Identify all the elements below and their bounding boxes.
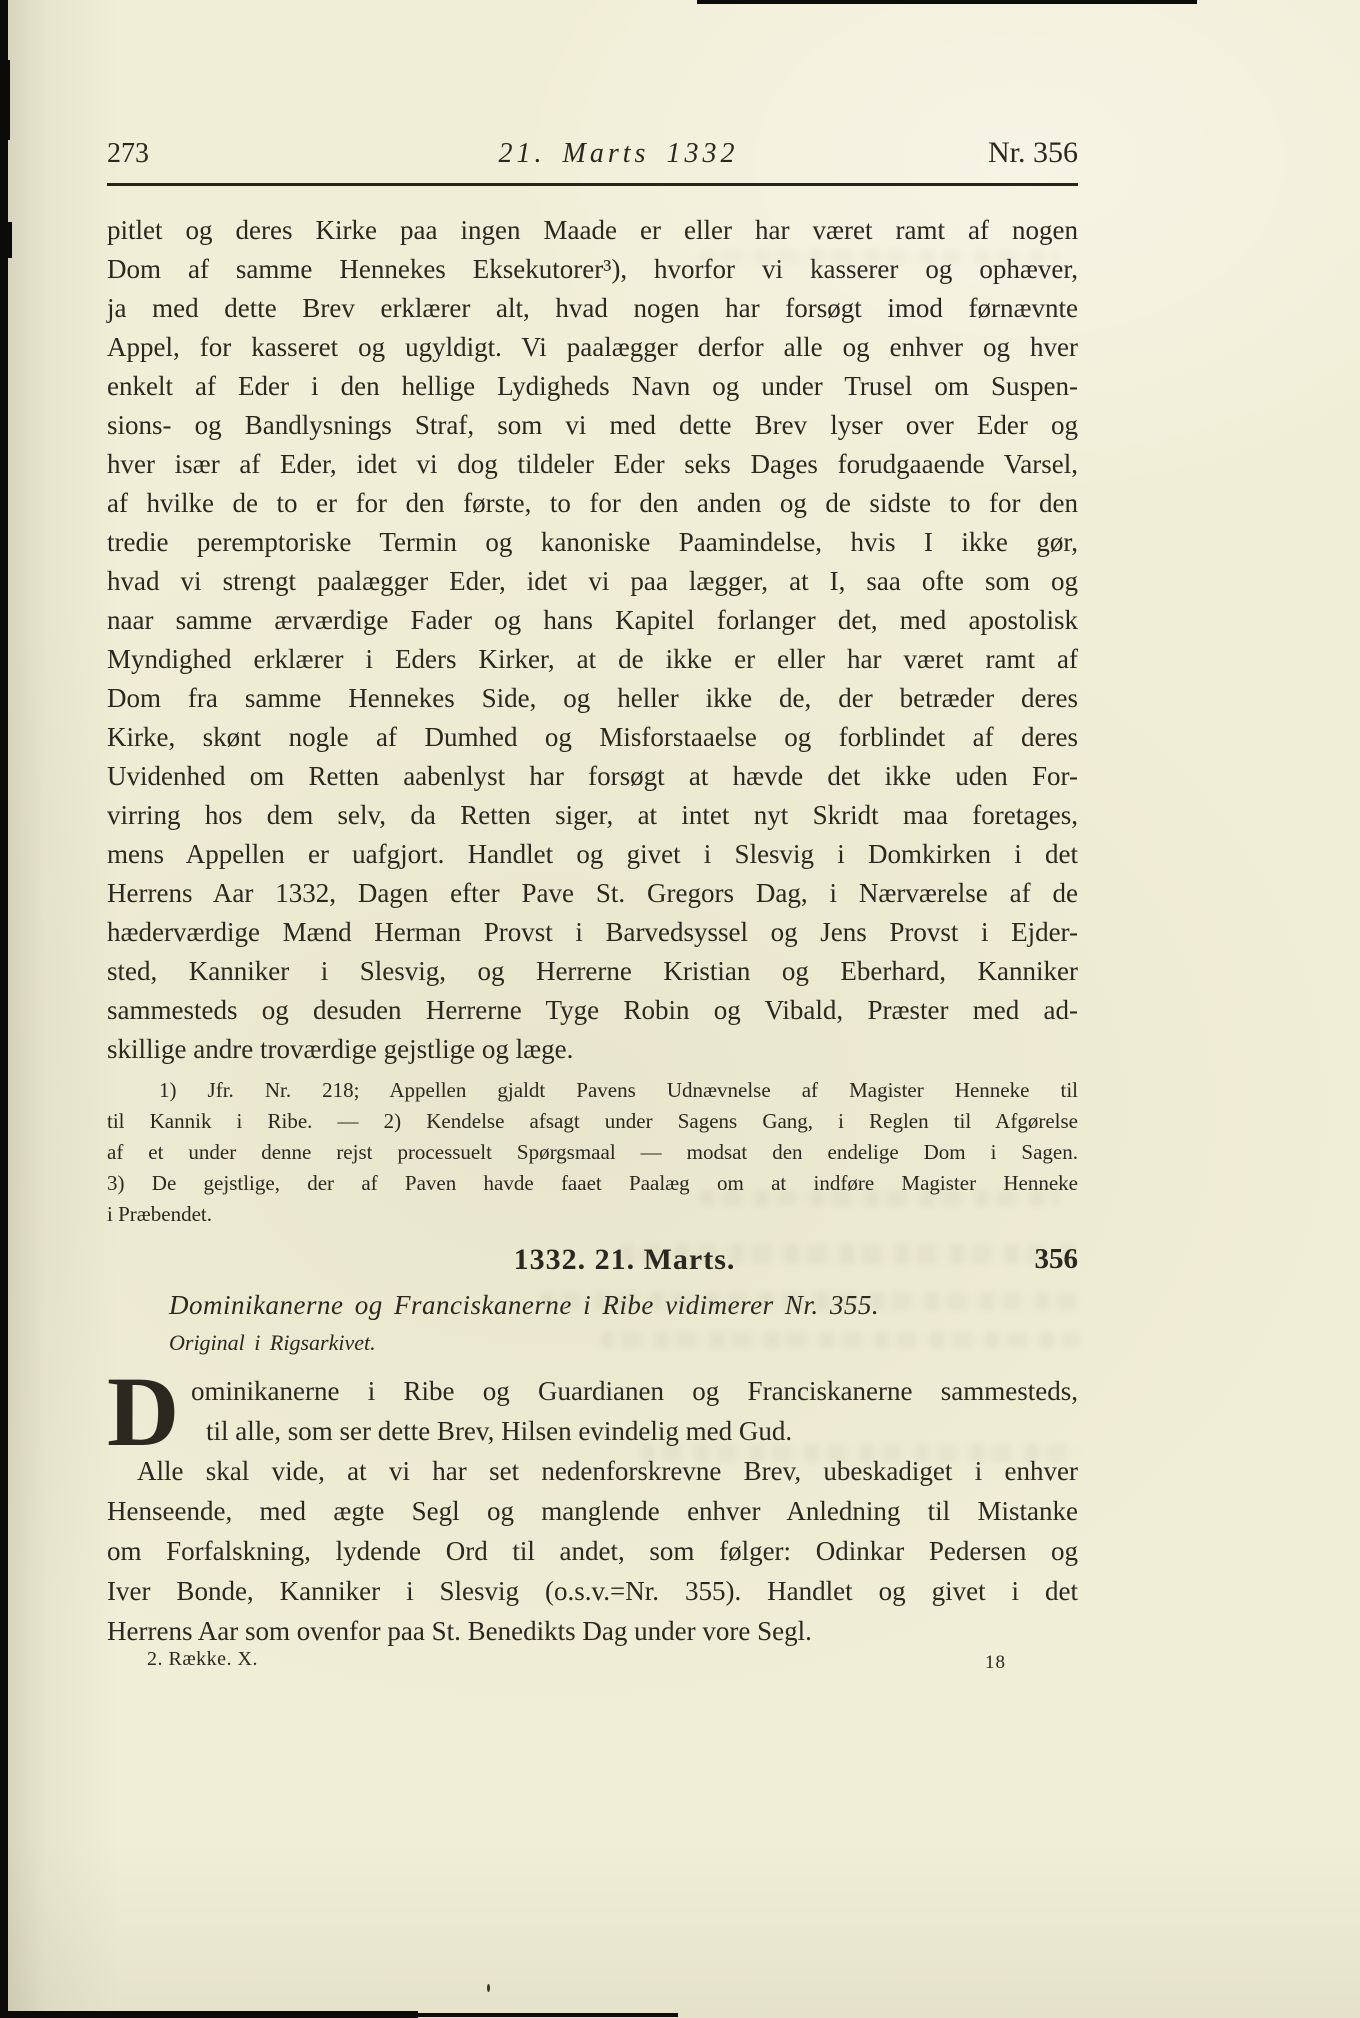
page-header: 273 21. Marts 1332 Nr. 356 bbox=[107, 138, 1078, 172]
scan-edge-left bbox=[0, 0, 8, 2018]
text-line: Herrens Aar som ovenfor paa St. Benedikt… bbox=[107, 1611, 1078, 1651]
text-line: Dom af samme Hennekes Eksekutorer³), hvo… bbox=[107, 250, 1078, 289]
text-line: Appel, for kasseret og ugyldigt. Vi paal… bbox=[107, 328, 1078, 367]
series-footer: 2. Række. X. bbox=[147, 1648, 258, 1671]
text-line: ominikanerne i Ribe og Guardianen og Fra… bbox=[107, 1371, 1078, 1411]
scan-edge-bottom bbox=[0, 2011, 418, 2018]
text-line: om Forfalskning, lydende Ord til andet, … bbox=[107, 1531, 1078, 1571]
text-line: til alle, som ser dette Brev, Hilsen evi… bbox=[107, 1411, 1078, 1451]
text-line: Alle skal vide, at vi har set nedenforsk… bbox=[107, 1451, 1078, 1491]
text-line: mens Appellen er uafgjort. Handlet og gi… bbox=[107, 835, 1078, 874]
text-line: 3) De gejstlige, der af Paven havde faae… bbox=[107, 1168, 1078, 1199]
text-line: skillige andre troværdige gejstlige og l… bbox=[107, 1030, 1078, 1069]
scan-edge-left-bump bbox=[0, 222, 12, 258]
text-line: 1) Jfr. Nr. 218; Appellen gjaldt Pavens … bbox=[107, 1075, 1078, 1106]
text-line: hver især af Eder, idet vi dog tildeler … bbox=[107, 445, 1078, 484]
text-line: Dom fra samme Hennekes Side, og heller i… bbox=[107, 679, 1078, 718]
scan-speck bbox=[487, 1984, 490, 1992]
text-line: til Kannik i Ribe. — 2) Kendelse afsagt … bbox=[107, 1106, 1078, 1137]
footnotes: 1) Jfr. Nr. 218; Appellen gjaldt Pavens … bbox=[107, 1075, 1078, 1230]
header-rule bbox=[107, 183, 1078, 186]
running-title: 21. Marts 1332 bbox=[107, 138, 1078, 170]
entry-source-note: Original i Rigsarkivet. bbox=[107, 1330, 1140, 1356]
text-line: af hvilke de to er for den første, to fo… bbox=[107, 484, 1078, 523]
entry-regest: Dominikanerne og Franciskanerne i Ribe v… bbox=[107, 1290, 1140, 1321]
text-line: hvad vi strengt paalægger Eder, idet vi … bbox=[107, 562, 1078, 601]
document-body-text: pitlet og deres Kirke paa ingen Maade er… bbox=[107, 211, 1078, 1069]
scanned-book-page: 273 21. Marts 1332 Nr. 356 pitlet og der… bbox=[0, 0, 1360, 2018]
text-line: hæderværdige Mænd Herman Provst i Barved… bbox=[107, 913, 1078, 952]
entry-number: 356 bbox=[1035, 1243, 1079, 1276]
document-number-label: Nr. 356 bbox=[988, 136, 1078, 170]
text-line: Myndighed erklærer i Eders Kirker, at de… bbox=[107, 640, 1078, 679]
text-line: tredie peremptoriske Termin og kanoniske… bbox=[107, 523, 1078, 562]
entry-paragraph: ominikanerne i Ribe og Guardianen og Fra… bbox=[107, 1371, 1078, 1651]
text-line: virring hos dem selv, da Retten siger, a… bbox=[107, 796, 1078, 835]
text-line: sammesteds og desuden Herrerne Tyge Robi… bbox=[107, 991, 1078, 1030]
text-line: enkelt af Eder i den hellige Lydigheds N… bbox=[107, 367, 1078, 406]
text-line: pitlet og deres Kirke paa ingen Maade er… bbox=[107, 211, 1078, 250]
signature-number: 18 bbox=[985, 1652, 1006, 1674]
entry-heading: 1332. 21. Marts. 356 bbox=[107, 1243, 1078, 1279]
text-line: sions- og Bandlysnings Straf, som vi med… bbox=[107, 406, 1078, 445]
text-line: Kirke, skønt nogle af Dumhed og Misforst… bbox=[107, 718, 1078, 757]
text-line: af et under denne rejst processuelt Spør… bbox=[107, 1137, 1078, 1168]
entry-date-heading: 1332. 21. Marts. bbox=[107, 1243, 1078, 1277]
text-line: i Præbendet. bbox=[107, 1199, 1078, 1230]
text-line: ja med dette Brev erklærer alt, hvad nog… bbox=[107, 289, 1078, 328]
scan-edge-left-bump bbox=[0, 60, 10, 140]
text-line: Uvidenhed om Retten aabenlyst har forsøg… bbox=[107, 757, 1078, 796]
scan-edge-bottom-thin bbox=[416, 2013, 678, 2017]
text-line: naar samme ærværdige Fader og hans Kapit… bbox=[107, 601, 1078, 640]
text-line: Herrens Aar 1332, Dagen efter Pave St. G… bbox=[107, 874, 1078, 913]
text-line: Henseende, med ægte Segl og manglende en… bbox=[107, 1491, 1078, 1531]
text-line: Iver Bonde, Kanniker i Slesvig (o.s.v.=N… bbox=[107, 1571, 1078, 1611]
scan-edge-top bbox=[697, 0, 1197, 4]
text-line: sted, Kanniker i Slesvig, og Herrerne Kr… bbox=[107, 952, 1078, 991]
